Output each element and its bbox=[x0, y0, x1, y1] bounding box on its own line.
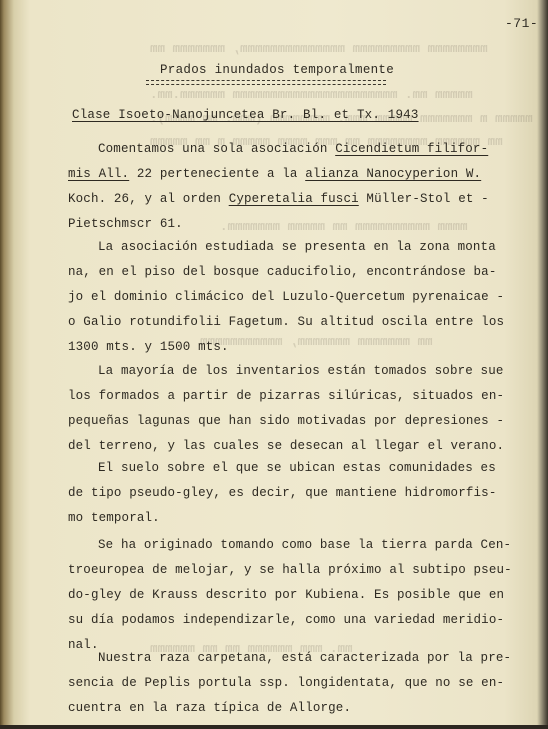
text-line: nal. bbox=[68, 638, 99, 652]
text-line: cuentra en la raza típica de Allorge. bbox=[68, 701, 351, 715]
text-line: na, en el piso del bosque caducifolio, e… bbox=[68, 265, 496, 279]
text-line: de tipo pseudo-gley, es decir, que manti… bbox=[68, 486, 496, 500]
text-line: pequeñas lagunas que han sido motivadas … bbox=[68, 414, 504, 428]
underlined-taxon: Cicendietum filifor- bbox=[335, 142, 488, 156]
bleed-through-texture: mmmmmmmm mmmmmmmmm mmmmmmmmmmmmmm, mmmmm… bbox=[150, 42, 488, 56]
text-line: Pietschmscr 61. bbox=[68, 217, 183, 231]
text-line: los formados a partir de pizarras silúri… bbox=[68, 389, 504, 403]
text-run: o Galio rotundifolii Fagetum. Su altitud… bbox=[68, 315, 504, 329]
text-line: mo temporal. bbox=[68, 511, 160, 525]
title-double-rule bbox=[146, 80, 386, 85]
text-line: Comentamos una sola asociación Cicendiet… bbox=[98, 142, 488, 156]
underlined-taxon: alianza Nanocyperion W. bbox=[305, 167, 481, 181]
text-run: sencia de Peplis portula ssp. longidenta… bbox=[68, 676, 504, 690]
text-run: Nuestra raza carpetana, está caracteriza… bbox=[98, 651, 511, 665]
text-line: mis All. 22 perteneciente a la alianza N… bbox=[68, 167, 481, 181]
text-run: Müller-Stol et - bbox=[359, 192, 489, 206]
text-run: de tipo pseudo-gley, es decir, que manti… bbox=[68, 486, 496, 500]
text-run: La asociación estudiada se presenta en l… bbox=[98, 240, 496, 254]
text-line: del terreno, y las cuales se desecan al … bbox=[68, 439, 504, 453]
text-run: 1300 mts. y 1500 mts. bbox=[68, 340, 229, 354]
text-run: Se ha originado tomando como base la tie… bbox=[98, 538, 511, 552]
text-run: Comentamos una sola asociación bbox=[98, 142, 335, 156]
text-line: La asociación estudiada se presenta en l… bbox=[98, 240, 496, 254]
text-run: nal. bbox=[68, 638, 99, 652]
text-line: jo el dominio climácico del Luzulo-Querc… bbox=[68, 290, 504, 304]
text-line: La mayoría de los inventarios están toma… bbox=[98, 364, 504, 378]
text-run: Pietschmscr 61. bbox=[68, 217, 183, 231]
bleed-through-texture: mmmm mmmmmmmmmm mm mmmmm mmmmmmm. bbox=[220, 220, 468, 234]
document-page: mmmmmmmm mmmmmmmmm mmmmmmmmmmmmmm, mmmmm… bbox=[0, 0, 548, 729]
text-run: del terreno, y las cuales se desecan al … bbox=[68, 439, 504, 453]
text-run: La mayoría de los inventarios están toma… bbox=[98, 364, 504, 378]
text-line: Nuestra raza carpetana, está caracteriza… bbox=[98, 651, 511, 665]
text-run: su día podamos independizarle, como una … bbox=[68, 613, 504, 627]
text-run: pequeñas lagunas que han sido motivadas … bbox=[68, 414, 504, 428]
underlined-taxon: Cyperetalia fusci bbox=[229, 192, 359, 206]
text-run: mo temporal. bbox=[68, 511, 160, 525]
text-line: 1300 mts. y 1500 mts. bbox=[68, 340, 229, 354]
text-line: sencia de Peplis portula ssp. longidenta… bbox=[68, 676, 504, 690]
bleed-through-texture: mmmmm mm. mmmmmmmmmmmmmmmmmmmmmm mmmmmm.… bbox=[150, 88, 473, 102]
text-run: jo el dominio climácico del Luzulo-Querc… bbox=[68, 290, 504, 304]
page-number: -71- bbox=[505, 16, 538, 31]
section-title: Prados inundados temporalmente bbox=[160, 63, 394, 77]
class-heading: Clase Isoeto-Nanojuncetea Br. Bl. et Tx.… bbox=[72, 108, 419, 122]
text-run: na, en el piso del bosque caducifolio, e… bbox=[68, 265, 496, 279]
text-run: Koch. 26, y al orden bbox=[68, 192, 229, 206]
text-run: los formados a partir de pizarras silúri… bbox=[68, 389, 504, 403]
text-line: troeuropea de melojar, y se halla próxim… bbox=[68, 563, 512, 577]
text-run: 22 perteneciente a la bbox=[129, 167, 305, 181]
text-run: do-gley de Krauss descrito por Kubiena. … bbox=[68, 588, 504, 602]
text-line: su día podamos independizarle, como una … bbox=[68, 613, 504, 627]
text-run: El suelo sobre el que se ubican estas co… bbox=[98, 461, 496, 475]
bleed-through-texture: mm mmmmmmm mmmmmmm, mmmmmmmmmmm bbox=[200, 335, 433, 349]
text-run: troeuropea de melojar, y se halla próxim… bbox=[68, 563, 512, 577]
text-line: Koch. 26, y al orden Cyperetalia fusci M… bbox=[68, 192, 489, 206]
text-line: Se ha originado tomando como base la tie… bbox=[98, 538, 511, 552]
underlined-taxon: mis All. bbox=[68, 167, 129, 181]
text-line: do-gley de Krauss descrito por Kubiena. … bbox=[68, 588, 504, 602]
text-run: cuentra en la raza típica de Allorge. bbox=[68, 701, 351, 715]
text-line: El suelo sobre el que se ubican estas co… bbox=[98, 461, 496, 475]
text-line: o Galio rotundifolii Fagetum. Su altitud… bbox=[68, 315, 504, 329]
